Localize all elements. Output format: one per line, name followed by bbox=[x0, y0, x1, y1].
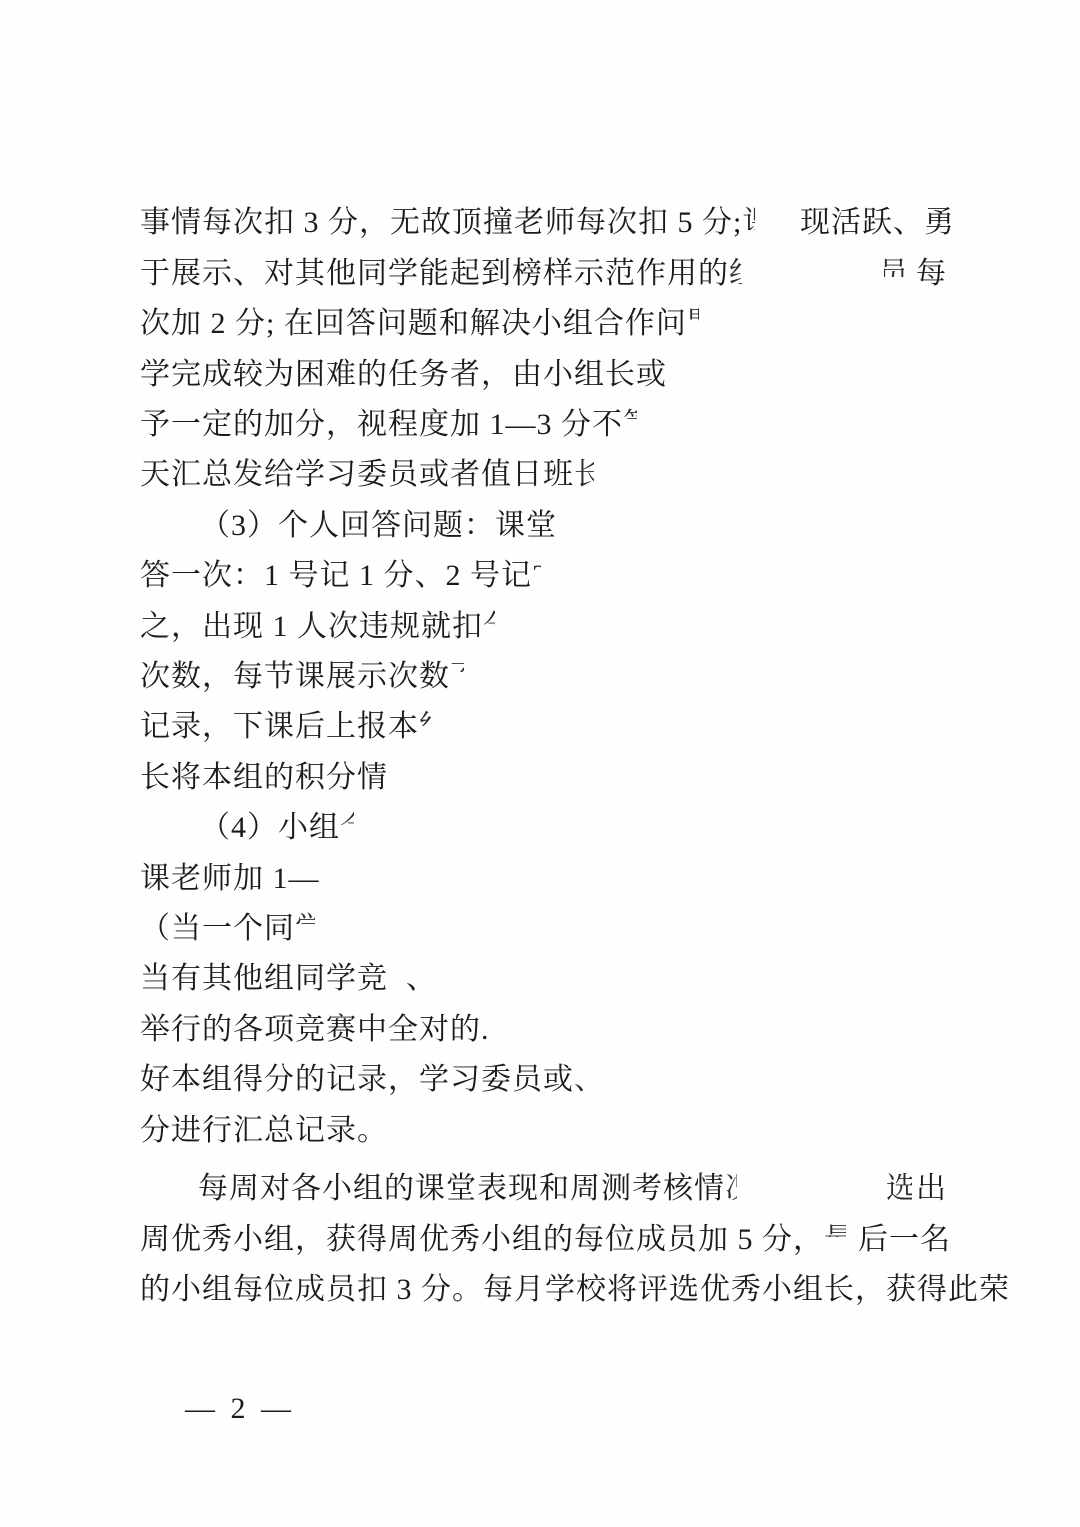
text-line: 周优秀小组，获得周优秀小组的每位成员加 5 分，最后一名 bbox=[140, 1221, 846, 1259]
document-page: 事情每次扣 3 分，无故顶撞老师每次扣 5 分;课现活跃、勇于展示、对其他同学能… bbox=[0, 0, 1080, 1527]
text-line: 举行的各项竞赛中全对的. bbox=[140, 1011, 490, 1049]
text-segment: 周优秀小组，获得周优秀小组的每位成员加 5 分， bbox=[140, 1223, 824, 1256]
text-segment: 现活跃、勇 bbox=[800, 204, 955, 242]
text-segment: （当一个同 bbox=[140, 912, 295, 945]
text-segment: 后一名 bbox=[858, 1221, 951, 1259]
torn-character-stub: 员 bbox=[884, 255, 906, 277]
text-line: 学完成较为困难的任务者，由小组长或 bbox=[140, 356, 667, 394]
torn-character-stub: 组 bbox=[419, 708, 431, 726]
text-line: （当一个同学 bbox=[140, 910, 315, 948]
torn-character-stub: 题 bbox=[687, 305, 699, 321]
text-line: 次数，每节课展示次数不 bbox=[140, 658, 464, 696]
text-segment: 事情每次扣 3 分，无故顶撞老师每次扣 5 分; bbox=[140, 206, 742, 239]
text-segment: 长将本组的积分情 bbox=[140, 761, 388, 794]
text-line: 于展示、对其他同学能起到榜样示范作用的组员每 bbox=[140, 255, 742, 293]
torn-character-stub: 分 bbox=[483, 608, 495, 626]
text-line: 好本组得分的记录，学习委员或、 bbox=[140, 1061, 592, 1099]
text-line: 长将本组的积分情 bbox=[140, 759, 388, 797]
text-segment: 记录，下课后上报本 bbox=[140, 710, 419, 743]
text-line: 课老师加 1— bbox=[140, 860, 320, 898]
text-line: 事情每次扣 3 分，无故顶撞老师每次扣 5 分;课现活跃、勇 bbox=[140, 204, 755, 242]
text-segment: . bbox=[481, 1013, 490, 1046]
text-line: 分进行汇总记录。 bbox=[140, 1112, 388, 1150]
text-segment: 好本组得分的记录，学习委员或 bbox=[140, 1063, 574, 1096]
text-segment: 予一定的加分，视程度加 1—3 分不 bbox=[140, 408, 623, 441]
text-segment: 每 bbox=[916, 255, 947, 293]
torn-character-stub: 组 bbox=[729, 255, 742, 287]
text-line: 予一定的加分，视程度加 1—3 分不等 bbox=[140, 406, 637, 444]
text-line: 之，出现 1 人次违规就扣分 bbox=[140, 608, 495, 646]
text-line: （3）个人回答问题：课堂 bbox=[200, 507, 557, 545]
text-segment: 天汇总发给学习委员或者值日班 bbox=[140, 458, 574, 491]
text-line: 的小组每位成员扣 3 分。每月学校将评选优秀小组长，获得此荣 bbox=[140, 1271, 1010, 1309]
text-segment: 次数，每节课展示次数 bbox=[140, 660, 450, 693]
text-line: 记录，下课后上报本组 bbox=[140, 708, 431, 746]
torn-character-stub: 合 bbox=[340, 809, 354, 825]
text-line: 每周对各小组的课堂表现和周测考核情况选出 bbox=[198, 1170, 737, 1208]
text-segment: 于展示、对其他同学能起到榜样示范作用的 bbox=[140, 257, 729, 290]
text-line: 天汇总发给学习委员或者值日班长 bbox=[140, 456, 594, 494]
text-segment: 答一次：1 号记 1 分、2 号记 bbox=[140, 559, 532, 592]
text-line: （4）小组合 bbox=[200, 809, 354, 847]
torn-character-stub: 最 bbox=[824, 1221, 846, 1237]
torn-character-stub: 课 bbox=[742, 204, 755, 230]
text-segment: 的小组每位成员扣 3 分。每月学校将评选优秀小组长，获得此荣 bbox=[140, 1273, 1010, 1306]
torn-character-stub: 况 bbox=[725, 1170, 737, 1200]
text-segment: 分进行汇总记录。 bbox=[140, 1114, 388, 1147]
torn-character-stub: 选 bbox=[886, 1170, 912, 1206]
text-segment: 、 bbox=[406, 960, 437, 998]
torn-character-stub: 学 bbox=[295, 910, 315, 924]
text-line: 当有其他组同学竞、 bbox=[140, 960, 388, 998]
text-segment: 课老师加 1— bbox=[140, 862, 320, 895]
text-line: 次加 2 分; 在回答问题和解决小组合作问题 bbox=[140, 305, 699, 343]
torn-character-stub: 不 bbox=[450, 658, 464, 672]
text-segment: 次加 2 分; 在回答问题和解决小组合作问 bbox=[140, 307, 687, 340]
page-number: — 2 — bbox=[185, 1392, 295, 1426]
text-segment: （3）个人回答问题：课堂 bbox=[200, 509, 557, 542]
text-line: 答一次：1 号记 1 分、2 号记2 bbox=[140, 557, 541, 595]
text-segment: 出 bbox=[916, 1170, 947, 1208]
text-segment: 之，出现 1 人次违规就扣 bbox=[140, 610, 483, 643]
torn-character-stub: 2 bbox=[532, 557, 541, 573]
text-segment: 学完成较为困难的任务者，由小组长或 bbox=[140, 358, 667, 391]
torn-character-stub: 等 bbox=[623, 406, 637, 422]
text-segment: 举行的各项竞赛中全对的 bbox=[140, 1013, 481, 1046]
text-segment: （4）小组 bbox=[200, 811, 340, 844]
text-segment: 当有其他组同学竞 bbox=[140, 962, 388, 995]
torn-character-stub: 、 bbox=[574, 1061, 592, 1091]
torn-character-stub: 长 bbox=[574, 456, 594, 488]
text-segment: 每周对各小组的课堂表现和周测考核情 bbox=[198, 1172, 725, 1205]
